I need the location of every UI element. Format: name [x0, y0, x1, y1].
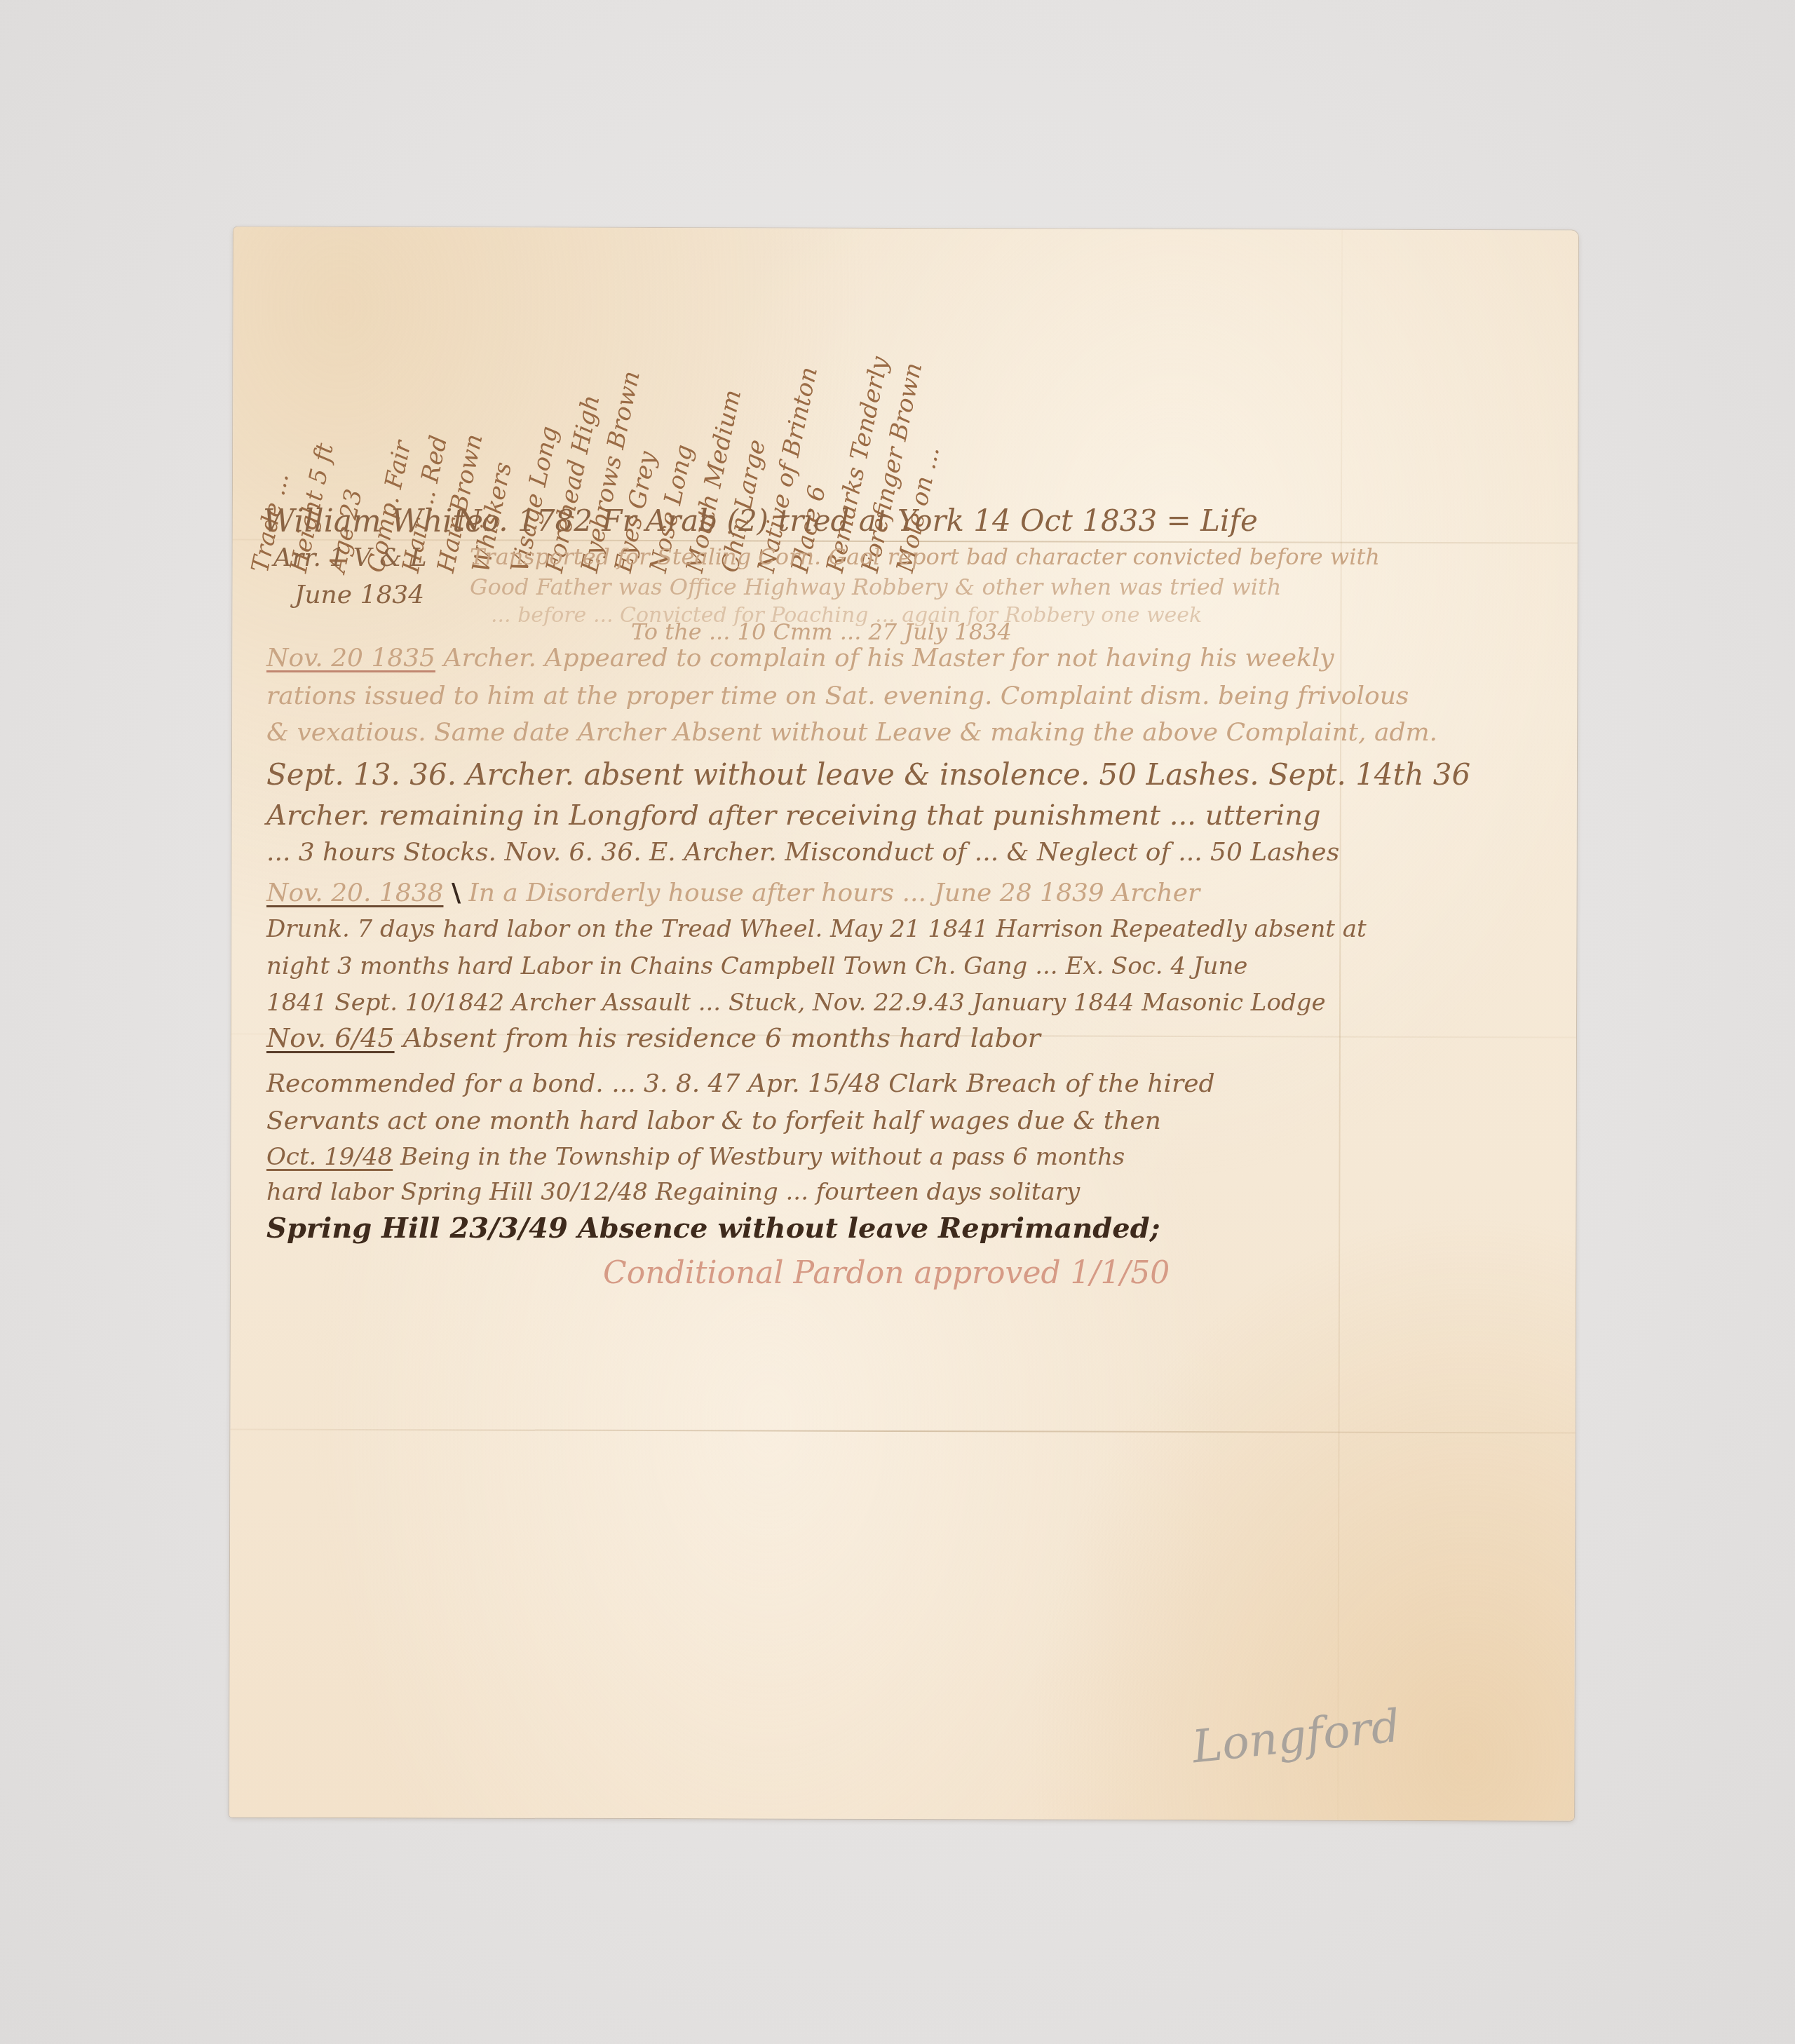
transported-note: Good Father was Office Highway Robbery &…	[470, 574, 1281, 600]
entry-date: Sept. 13. 36.	[266, 757, 456, 792]
entry-text: Absent from his residence 6 months hard …	[403, 1022, 1041, 1053]
entry-date: Nov. 20. 1838	[266, 879, 443, 907]
conduct-entry: Recommended for a bond. ... 3. 8. 47 Apr…	[266, 1069, 1215, 1098]
entry-text: Servants act one month hard labor & to f…	[266, 1106, 1161, 1135]
entry-text: night 3 months hard Labor in Chains Camp…	[266, 952, 1247, 980]
entry-text: Archer. absent without leave & insolence…	[466, 757, 1470, 792]
conduct-entry: Sept. 13. 36. Archer. absent without lea…	[266, 757, 1470, 792]
fold-line	[230, 1428, 1575, 1433]
conduct-entry: 1841 Sept. 10/1842 Archer Assault ... St…	[266, 989, 1326, 1017]
conduct-entry: Nov. 6/45 Absent from his residence 6 mo…	[266, 1022, 1041, 1053]
conduct-entry: Nov. 20. 1838 \ In a Disorderly house af…	[266, 878, 1200, 907]
convict-number-line: No. 1782 Fr Arab (2) tried at York 14 Oc…	[456, 503, 1258, 538]
entry-text: hard labor Spring Hill 30/12/48 Regainin…	[266, 1178, 1080, 1206]
transported-note: Transported for Stealing Corn. Gaol repo…	[470, 543, 1380, 570]
conduct-entry: Servants act one month hard labor & to f…	[266, 1106, 1161, 1135]
entry-text: Archer. remaining in Longford after rece…	[266, 799, 1321, 832]
conduct-entry: Drunk. 7 days hard labor on the Tread Wh…	[266, 915, 1367, 943]
conduct-entry: hard labor Spring Hill 30/12/48 Regainin…	[266, 1178, 1080, 1206]
fold-line-vertical	[1337, 230, 1343, 1820]
transported-note: To the ... 10 Cmm ... 27 July 1834	[631, 618, 1012, 645]
conduct-entry: Oct. 19/48 Being in the Township of West…	[266, 1143, 1125, 1171]
entry-date: Oct. 19/48	[266, 1143, 393, 1171]
entry-text: Drunk. 7 days hard labor on the Tread Wh…	[266, 915, 1367, 943]
pardon-note: Conditional Pardon approved 1/1/50	[603, 1255, 1170, 1291]
check-mark: \	[452, 878, 461, 907]
arrival-date: June 1834	[294, 581, 424, 609]
entry-text: Recommended for a bond. ... 3. 8. 47 Apr…	[266, 1069, 1215, 1098]
conduct-entry: night 3 months hard Labor in Chains Camp…	[266, 952, 1247, 980]
conduct-entry: Archer. remaining in Longford after rece…	[266, 799, 1321, 832]
entry-text: In a Disorderly house after hours ... Ju…	[469, 879, 1200, 907]
entry-date: Nov. 6/45	[266, 1022, 395, 1053]
conduct-entry: ... 3 hours Stocks. Nov. 6. 36. E. Arche…	[266, 838, 1339, 867]
conduct-entry: & vexatious. Same date Archer Absent wit…	[266, 718, 1437, 747]
entry-date: Nov. 20 1835	[266, 644, 435, 672]
entry-text: 1841 Sept. 10/1842 Archer Assault ... St…	[266, 989, 1326, 1017]
entry-text: Archer. Appeared to complain of his Mast…	[443, 644, 1334, 672]
conduct-entry: Spring Hill 23/3/49 Absence without leav…	[266, 1212, 1160, 1245]
entry-text: Spring Hill 23/3/49 Absence without leav…	[266, 1212, 1160, 1245]
entry-text: ... 3 hours Stocks. Nov. 6. 36. E. Arche…	[266, 838, 1339, 867]
conduct-entry: Nov. 20 1835 Archer. Appeared to complai…	[266, 644, 1334, 672]
conduct-entry: rations issued to him at the proper time…	[266, 682, 1409, 710]
entry-text: Being in the Township of Westbury withou…	[400, 1143, 1125, 1171]
arrival-note: Arr. 1 V & L	[273, 543, 427, 572]
entry-text: & vexatious. Same date Archer Absent wit…	[266, 718, 1437, 747]
convict-name: William White	[263, 503, 483, 539]
entry-text: rations issued to him at the proper time…	[266, 682, 1409, 710]
